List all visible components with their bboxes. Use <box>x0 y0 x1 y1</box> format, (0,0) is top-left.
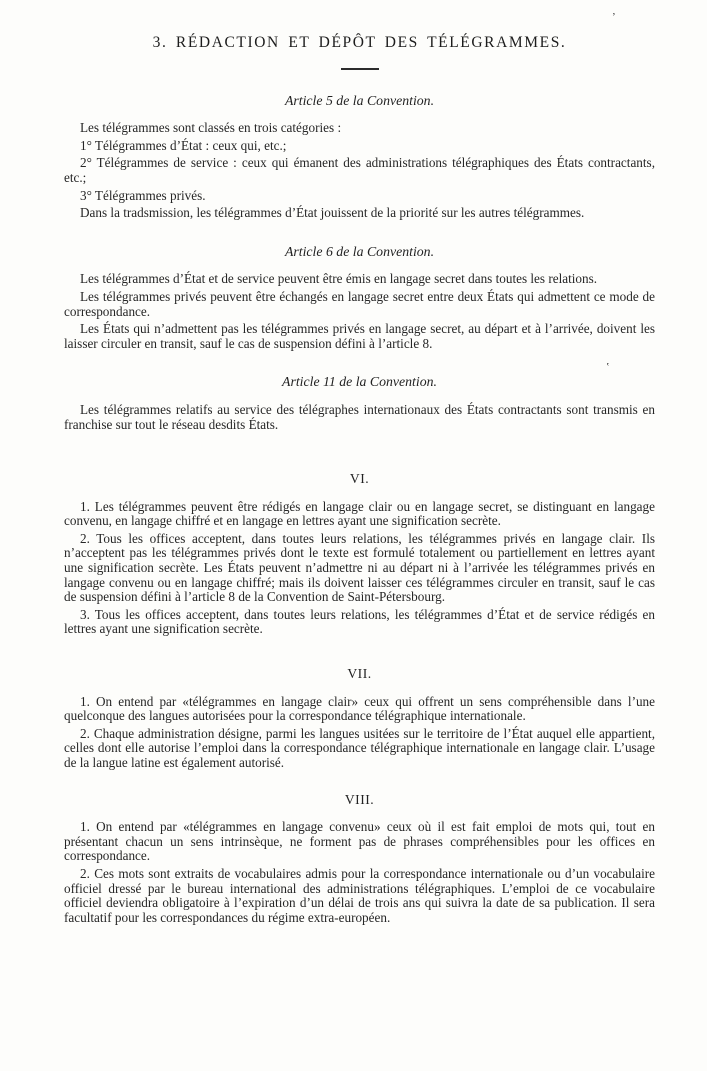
scan-speck: ’ <box>612 12 616 23</box>
paragraph: 2. Chaque administration désigne, parmi … <box>64 727 655 771</box>
paragraph: 1. On entend par «télégrammes en langage… <box>64 820 655 864</box>
paragraph: 1. On entend par «télégrammes en langage… <box>64 695 655 724</box>
section-vi: VI. 1. Les télégrammes peuvent être rédi… <box>64 472 655 637</box>
section-heading-vii: VII. <box>64 667 655 682</box>
paragraph: Dans la tradsmission, les télégrammes d’… <box>64 206 655 221</box>
scan-speck: ‛ <box>606 362 610 373</box>
paragraph: 3. Tous les offices acceptent, dans tout… <box>64 608 655 637</box>
paragraph: Les télégrammes sont classés en trois ca… <box>64 121 655 136</box>
section-viii: VIII. 1. On entend par «télégrammes en l… <box>64 793 655 926</box>
paragraph: Les télégrammes privés peuvent être écha… <box>64 290 655 319</box>
section-heading-article-11: Article 11 de la Convention. <box>64 375 655 390</box>
section-heading-article-6: Article 6 de la Convention. <box>64 245 655 260</box>
paragraph: 1. Les télégrammes peuvent être rédigés … <box>64 500 655 529</box>
list-item-3: 3° Télégrammes privés. <box>64 189 655 204</box>
paragraph: 2. Tous les offices acceptent, dans tout… <box>64 532 655 605</box>
list-item-2: 2° Télégrammes de service : ceux qui éma… <box>64 156 655 185</box>
section-heading-vi: VI. <box>64 472 655 487</box>
section-article-5: Article 5 de la Convention. Les télégram… <box>64 94 655 221</box>
document-page: 3. RÉDACTION ET DÉPÔT DES TÉLÉGRAMMES. A… <box>0 0 707 1071</box>
paragraph: 2. Ces mots sont extraits de vocabulaire… <box>64 867 655 925</box>
section-heading-viii: VIII. <box>64 793 655 808</box>
divider-rule <box>341 68 379 70</box>
section-heading-article-5: Article 5 de la Convention. <box>64 94 655 109</box>
section-article-11: Article 11 de la Convention. Les télégra… <box>64 375 655 432</box>
list-item-1: 1° Télégrammes d’État : ceux qui, etc.; <box>64 139 655 154</box>
paragraph: Les télégrammes relatifs au service des … <box>64 403 655 432</box>
page-title: 3. RÉDACTION ET DÉPÔT DES TÉLÉGRAMMES. <box>64 36 655 51</box>
paragraph: Les télégrammes d’État et de service peu… <box>64 272 655 287</box>
section-vii: VII. 1. On entend par «télégrammes en la… <box>64 667 655 771</box>
paragraph: Les États qui n’admettent pas les télégr… <box>64 322 655 351</box>
section-article-6: Article 6 de la Convention. Les télégram… <box>64 245 655 352</box>
